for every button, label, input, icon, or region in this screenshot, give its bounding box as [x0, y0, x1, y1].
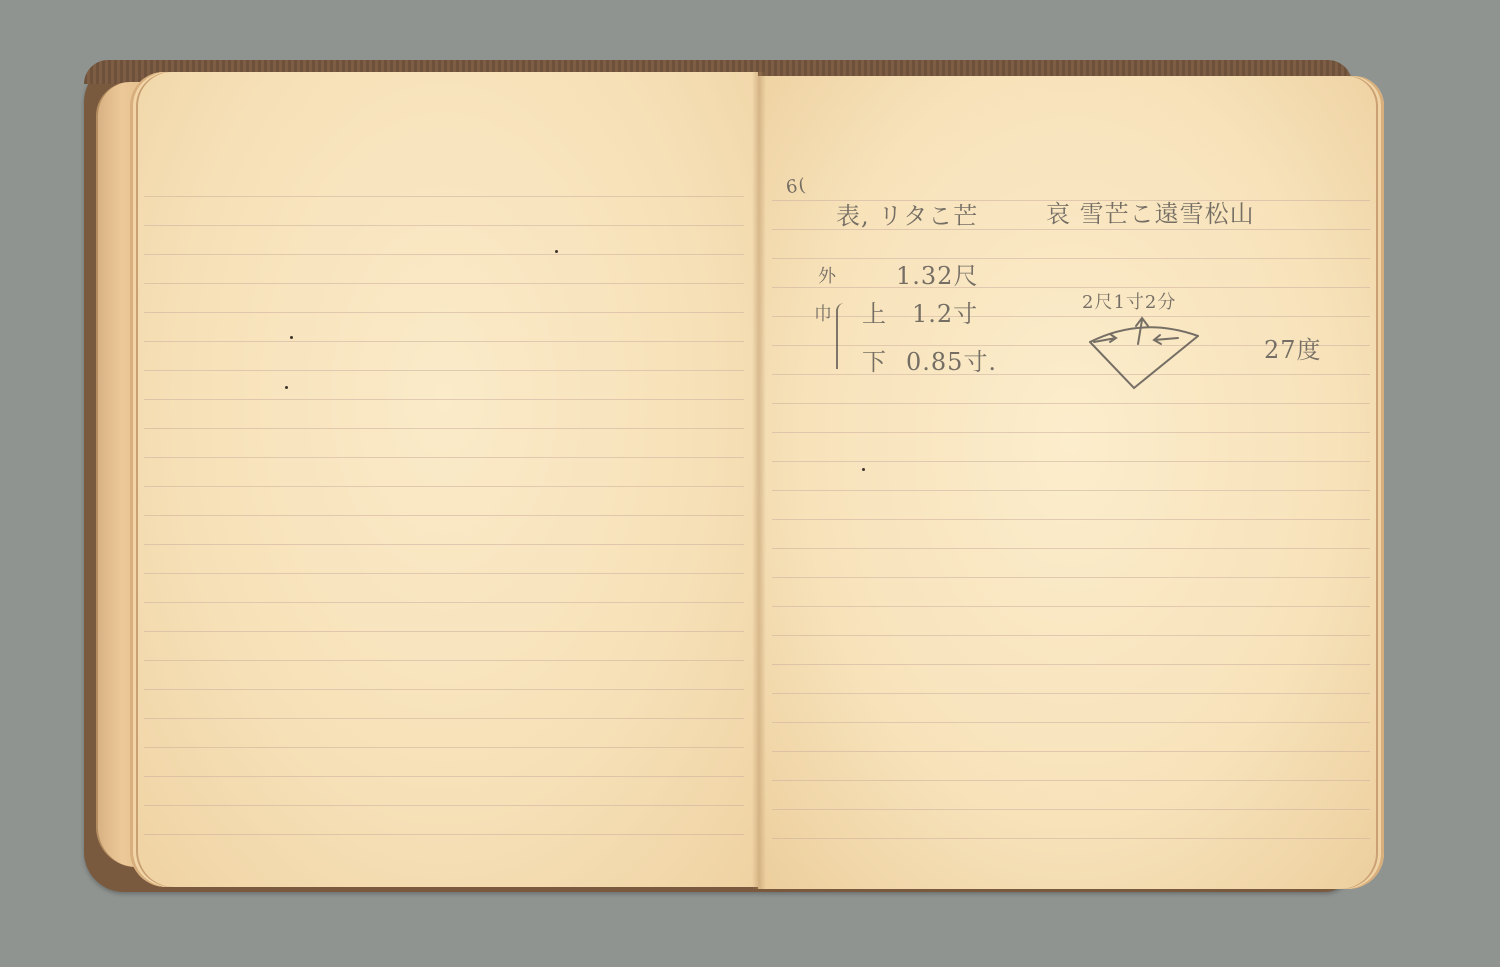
paper-speck: [290, 336, 293, 339]
paper-speck: [555, 250, 558, 253]
lower-value: 0.85寸.: [906, 342, 997, 377]
left-page: [130, 72, 758, 887]
upper-value: 1.2寸: [912, 294, 978, 329]
lower-label: 下: [862, 342, 887, 377]
handwritten-mark: 6(: [785, 175, 808, 199]
upper-label: 上: [862, 294, 887, 329]
angle-note: 27度: [1264, 330, 1322, 365]
book-gutter: [752, 72, 766, 889]
paper-speck: [285, 386, 288, 389]
ruled-lines: [772, 172, 1370, 859]
handwritten-note-a: 表, リタこ芒: [836, 196, 978, 231]
label-outer: 外: [818, 262, 837, 288]
handwritten-note-b: 哀 雪芒こ遠雪松山: [1046, 194, 1255, 229]
cone-icon: [1086, 314, 1206, 394]
brace-bracket: [836, 303, 848, 369]
diagram-dimension: 2尺1寸2分: [1082, 288, 1176, 314]
ruled-lines: [144, 168, 744, 857]
paper-speck: [862, 468, 865, 471]
label-width: 巾: [814, 300, 833, 326]
outer-value: 1.32尺: [896, 256, 978, 291]
